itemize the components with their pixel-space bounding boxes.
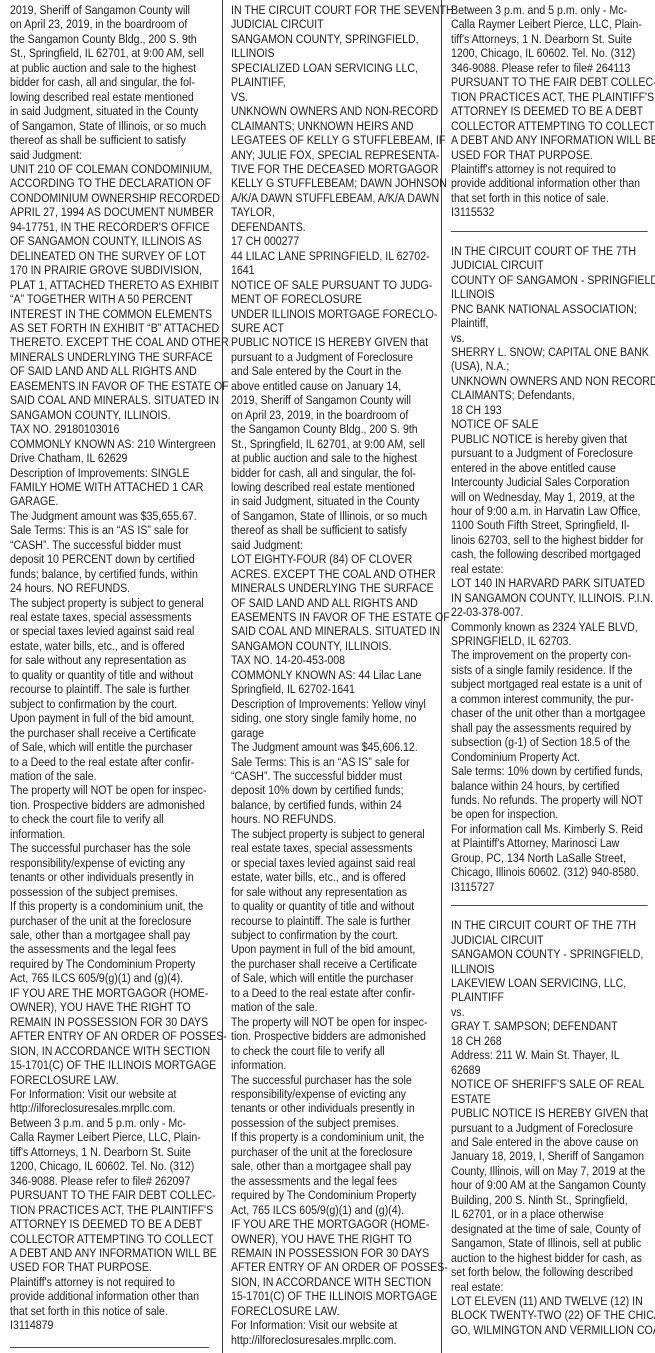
notice-text-line: LOT ELEVEN (11) AND TWELVE (12) IN	[451, 1294, 649, 1308]
notice-text-line: Plaintiff's attorney is not required to	[451, 162, 649, 176]
notice-text-line: BLOCK TWENTY-TWO (22) OF THE CHICA-	[451, 1308, 649, 1322]
notice-text-line: purchaser of the unit at the foreclosure	[10, 914, 208, 928]
notice-text-line: purchaser of the unit at the foreclosure	[231, 1145, 429, 1159]
notice-text-line: be open for inspection.	[451, 807, 649, 821]
notice-text-line: in said Judgment, situated in the County	[231, 494, 429, 508]
notice-text-line: CLAIMANTS; Defendants,	[451, 388, 649, 402]
notice-text-line: vs.	[451, 1005, 649, 1019]
notice-text-line: 22-03-378-007.	[451, 605, 649, 619]
notice-text-line: Upon payment in full of the bid amount,	[231, 942, 429, 956]
notice-text-line: USED FOR THAT PURPOSE.	[10, 1260, 208, 1274]
notice-text-line: TAYLOR,	[231, 205, 429, 219]
notice-text-line: deposit 10% down by certified funds;	[231, 783, 429, 797]
notice-text-line: January 18, 2019, I, Sheriff of Sangamon	[451, 1149, 649, 1163]
notice-text-line: IF YOU ARE THE MORTGAGOR (HOME-	[10, 986, 208, 1000]
notice-text-line: 346-9088. Please refer to file# 262097	[10, 1174, 208, 1188]
notice-text-line: TION PRACTICES ACT, THE PLAINTIFF'S	[10, 1203, 208, 1217]
notice-text-line: Description of Improvements: SINGLE	[10, 466, 208, 480]
notice-text-line: For Information: Visit our website at	[10, 1087, 208, 1101]
notice-text-line: COMMONLY KNOWN AS: 44 Lilac Lane	[231, 668, 429, 682]
notice-text-line: recourse to plaintiff. The sale is furth…	[231, 914, 429, 928]
notice-text-line: required by The Condominium Property	[10, 957, 208, 971]
notice-text-line: information.	[10, 827, 208, 841]
notice-text-line: required by The Condominium Property	[231, 1188, 429, 1202]
notice-text-line: MINERALS UNDERLYING THE SURFACE	[231, 581, 429, 595]
notice-text-line: CLAIMANTS; UNKNOWN HEIRS AND	[231, 119, 429, 133]
notice-stufflebeam-foreclosure: IN THE CIRCUIT COURT FOR THE SEVENTHJUDI…	[231, 3, 429, 1347]
notice-text-line: 24 hours. NO REFUNDS.	[10, 581, 208, 595]
notice-text-line: sists of a single family residence. If t…	[451, 663, 649, 677]
notice-text-line: SPRINGFIELD, IL 62703.	[451, 634, 649, 648]
notice-text-line: 18 CH 268	[451, 1034, 649, 1048]
notice-text-line: balance, by certified funds, within 24	[231, 798, 429, 812]
notice-text-line: provide additional information other tha…	[451, 176, 649, 190]
notice-text-line: ACRES. EXCEPT THE COAL AND OTHER	[231, 567, 429, 581]
notice-text-line: of Sale, which will entitle the purchase…	[10, 740, 208, 754]
notice-text-line: LEGATEES OF KELLY G STUFFLEBEAM, IF	[231, 133, 429, 147]
notice-text-line: Description of Improvements: Yellow viny…	[231, 697, 429, 711]
notice-text-line: chaser of the unit other than a mortgage…	[451, 706, 649, 720]
notice-text-line: to check the court file to verify all	[10, 812, 208, 826]
notice-text-line: for sale without any representation as	[10, 653, 208, 667]
notice-text-line: lowing described real estate mentioned	[231, 480, 429, 494]
notice-text-line: Drive Chatham, IL 62629	[10, 451, 208, 465]
notice-text-line: NOTICE OF SHERIFF'S SALE OF REAL	[451, 1077, 649, 1091]
notice-text-line: COUNTY OF SANGAMON - SPRINGFIELD,	[451, 273, 649, 287]
notice-text-line: 15-1701(C) OF THE ILLINOIS MORTGAGE	[231, 1289, 429, 1303]
notice-text-line: COLLECTOR ATTEMPTING TO COLLECT	[10, 1232, 208, 1246]
notice-text-line: information.	[231, 1058, 429, 1072]
notice-text-line: GO, WILMINGTON AND VERMILLION COAL	[451, 1323, 649, 1337]
notice-text-line: of Sangamon, State of Illinois, or so mu…	[231, 509, 429, 523]
notice-text-line: TAX NO. 29180103016	[10, 422, 208, 436]
notice-text-line: TIVE FOR THE DECEASED MORTGAGOR	[231, 162, 429, 176]
notice-text-line: to check the court file to verify all	[231, 1044, 429, 1058]
notice-text-line: SANGAMON COUNTY - SPRINGFIELD,	[451, 947, 649, 961]
notice-text-line: tiff's Attorneys, 1 N. Dearborn St. Suit…	[451, 32, 649, 46]
notice-text-line: hours. NO REFUNDS.	[231, 812, 429, 826]
notice-text-line: I3115532	[451, 205, 649, 219]
notice-text-line: For information call Ms. Kimberly S. Rei…	[451, 822, 649, 836]
notice-text-line: bidder for cash, all and singular, the f…	[231, 466, 429, 480]
notice-text-line: IN SANGAMON COUNTY, ILLINOIS. P.I.N.	[451, 591, 649, 605]
notice-text-line: to quality or quantity of title and with…	[231, 899, 429, 913]
notice-text-line: GRAY T. SAMPSON; DEFENDANT	[451, 1019, 649, 1033]
notice-text-line: ILLINOIS	[231, 46, 429, 60]
notice-text-line: subsection (g-1) of Section 18.5 of the	[451, 735, 649, 749]
notice-text-line: REMAIN IN POSSESSION FOR 30 DAYS	[231, 1246, 429, 1260]
notice-text-line: tenants or other individuals presently i…	[10, 870, 208, 884]
notice-text-line: that set forth in this notice of sale.	[451, 191, 649, 205]
notice-text-line: The property will NOT be open for inspec…	[231, 1015, 429, 1029]
notice-text-line: 1200, Chicago, IL 60602. Tel. No. (312)	[451, 46, 649, 60]
notice-text-line: sale, other than a mortgagee shall pay	[231, 1159, 429, 1173]
notice-coleman-condominium-continued: 2019, Sheriff of Sangamon County willon …	[10, 3, 208, 1333]
notice-text-line: real estate taxes, special assessments	[10, 610, 208, 624]
notice-text-line: Act, 765 ILCS 605/9(g)(1) and (g)(4).	[10, 971, 208, 985]
notice-text-line: thereof as shall be sufficient to satisf…	[231, 523, 429, 537]
column-right: Between 3 p.m. and 5 p.m. only - Mc-Call…	[451, 3, 649, 1337]
notice-text-line: JUDICIAL CIRCUIT	[231, 17, 429, 31]
notice-text-line: 170 IN PRAIRIE GROVE SUBDIVISION,	[10, 263, 208, 277]
notice-text-line: SPECIALIZED LOAN SERVICING LLC,	[231, 61, 429, 75]
notice-text-line: The Judgment amount was $35,655.67.	[10, 509, 208, 523]
notice-separator	[451, 905, 648, 906]
notice-text-line: or special taxes levied against said rea…	[10, 624, 208, 638]
notice-text-line: The successful purchaser has the sole	[231, 1073, 429, 1087]
notice-text-line: Sale Terms: This is an “AS IS” sale for	[231, 755, 429, 769]
notice-text-line: bidder for cash, all and singular, the f…	[10, 75, 208, 89]
notice-text-line: funds; balance, by certified funds, with…	[10, 567, 208, 581]
notice-text-line: COLLECTOR ATTEMPTING TO COLLECT	[451, 119, 649, 133]
notice-text-line: IN THE CIRCUIT COURT OF THE 7TH	[451, 244, 649, 258]
notice-text-line: Between 3 p.m. and 5 p.m. only - Mc-	[10, 1116, 208, 1130]
notice-text-line: real estate taxes, special assessments	[231, 841, 429, 855]
notice-text-line: responsibility/expense of evicting any	[231, 1087, 429, 1101]
notice-text-line: http://ilforeclosuresales.mrpllc.com.	[231, 1333, 429, 1347]
notice-text-line: The subject property is subject to gener…	[10, 596, 208, 610]
notice-text-line: If this property is a condominium unit, …	[231, 1130, 429, 1144]
notice-text-line: TAX NO. 14-20-453-008	[231, 653, 429, 667]
notice-text-line: The property will NOT be open for inspec…	[10, 783, 208, 797]
notice-text-line: of Sale, which will entitle the purchase…	[231, 971, 429, 985]
notice-text-line: the assessments and the legal fees	[231, 1174, 429, 1188]
notice-text-line: GARAGE.	[10, 494, 208, 508]
notice-text-line: the purchaser shall receive a Certificat…	[10, 726, 208, 740]
notice-text-line: CONDOMINIUM OWNERSHIP RECORDED	[10, 191, 208, 205]
notice-text-line: ATTORNEY IS DEEMED TO BE A DEBT	[451, 104, 649, 118]
notice-text-line: SAID COAL AND MINERALS. SITUATED IN	[231, 624, 429, 638]
notice-text-line: PURSUANT TO THE FAIR DEBT COLLEC-	[451, 75, 649, 89]
notice-text-line: the assessments and the legal fees	[10, 942, 208, 956]
notice-text-line: PUBLIC NOTICE IS HEREBY GIVEN that	[451, 1106, 649, 1120]
notice-text-line: Condominium Property Act.	[451, 750, 649, 764]
notice-text-line: IN THE CIRCUIT COURT FOR THE SEVENTH	[231, 3, 429, 17]
notice-text-line: the Sangamon County Bldg., 200 S. 9th	[231, 422, 429, 436]
notice-text-line: and Sale entered by the Court in the	[231, 364, 429, 378]
notice-separator	[451, 231, 648, 232]
notice-text-line: linois 62703, sell to the highest bidder…	[451, 533, 649, 547]
notice-text-line: Intercounty Judicial Sales Corporation	[451, 475, 649, 489]
notice-text-line: REMAIN IN POSSESSION FOR 30 DAYS	[10, 1015, 208, 1029]
notice-text-line: sale, other than a mortgagee shall pay	[10, 928, 208, 942]
notice-text-line: tion. Prospective bidders are admonished	[10, 798, 208, 812]
notice-text-line: LOT EIGHTY-FOUR (84) OF CLOVER	[231, 552, 429, 566]
notice-text-line: 1200, Chicago, IL 60602. Tel. No. (312)	[10, 1159, 208, 1173]
notice-text-line: Plaintiff's attorney is not required to	[10, 1275, 208, 1289]
notice-text-line: APRIL 27, 1994 AS DOCUMENT NUMBER	[10, 205, 208, 219]
notice-text-line: 18 CH 193	[451, 403, 649, 417]
notice-text-line: Act, 765 ILCS 605/9(g)(1) and (g)(4).	[231, 1203, 429, 1217]
notice-text-line: in said Judgment, situated in the County	[10, 104, 208, 118]
notice-text-line: to a Deed to the real estate after confi…	[10, 755, 208, 769]
notice-text-line: and Sale entered in the above cause on	[451, 1135, 649, 1149]
notice-text-line: siding, one story single family home, no	[231, 711, 429, 725]
column-left: 2019, Sheriff of Sangamon County willon …	[10, 3, 208, 1333]
notice-text-line: will on Wednesday, May 1, 2019, at the	[451, 490, 649, 504]
notice-separator-left-bottom	[10, 1347, 209, 1348]
notice-text-line: Group, PC, 134 North LaSalle Street,	[451, 851, 649, 865]
notice-text-line: pursuant to a Judgment of Foreclosure	[231, 350, 429, 364]
notice-text-line: THERETO. EXCEPT THE COAL AND OTHER	[10, 335, 208, 349]
notice-text-line: SAID COAL AND MINERALS. SITUATED IN	[10, 393, 208, 407]
notice-text-line: ILLINOIS	[451, 962, 649, 976]
notice-text-line: 62689	[451, 1063, 649, 1077]
notice-text-line: ESTATE	[451, 1092, 649, 1106]
notice-text-line: deposit 10 PERCENT down by certified	[10, 552, 208, 566]
notice-text-line: entered in the above entitled cause	[451, 461, 649, 475]
notice-text-line: EASEMENTS IN FAVOR OF THE ESTATE OF	[10, 379, 208, 393]
notice-text-line: provide additional information other tha…	[10, 1289, 208, 1303]
notice-text-line: Springfield, IL 62702-1641	[231, 682, 429, 696]
notice-text-line: set forth below, the following described	[451, 1265, 649, 1279]
notice-text-line: ANY; JULIE FOX, SPECIAL REPRESENTA-	[231, 148, 429, 162]
notice-text-line: PNC BANK NATIONAL ASSOCIATION;	[451, 302, 649, 316]
notice-text-line: (USA), N.A.;	[451, 359, 649, 373]
notice-text-line: LOT 140 IN HARVARD PARK SITUATED	[451, 576, 649, 590]
notice-text-line: lowing described real estate mentioned	[10, 90, 208, 104]
notice-text-line: estate, water bills, etc., and is offere…	[10, 639, 208, 653]
notice-text-line: SANGAMON COUNTY, ILLINOIS.	[10, 408, 208, 422]
notice-text-line: http://ilforeclosuresales.mrpllc.com.	[10, 1101, 208, 1115]
notice-text-line: A/K/A DAWN STUFFLEBEAM, A/K/A DAWN	[231, 191, 429, 205]
notice-text-line: thereof as shall be sufficient to satisf…	[10, 133, 208, 147]
notice-text-line: St., Springfield, IL 62701, at 9:00 AM, …	[231, 437, 429, 451]
notice-text-line: SANGAMON COUNTY, SPRINGFIELD,	[231, 32, 429, 46]
notice-text-line: at public auction and sale to the highes…	[231, 451, 429, 465]
notice-text-line: on April 23, 2019, in the boardroom of	[10, 17, 208, 31]
notice-text-line: Sale terms: 10% down by certified funds,	[451, 764, 649, 778]
column-middle: IN THE CIRCUIT COURT FOR THE SEVENTHJUDI…	[231, 3, 429, 1347]
notice-text-line: pursuant to a Judgment of Foreclosure	[451, 1121, 649, 1135]
notice-text-line: hour of 9:00 AM at the Sangamon County	[451, 1178, 649, 1192]
notice-text-line: AFTER ENTRY OF AN ORDER OF POSSES-	[10, 1029, 208, 1043]
notice-text-line: said Judgment:	[231, 538, 429, 552]
notice-text-line: UNDER ILLINOIS MORTGAGE FORECLO-	[231, 307, 429, 321]
notice-text-line: IL 62701, or in a place otherwise	[451, 1207, 649, 1221]
notice-text-line: the Sangamon County Bldg., 200 S. 9th	[10, 32, 208, 46]
notice-text-line: JUDICIAL CIRCUIT	[451, 258, 649, 272]
notice-text-line: Upon payment in full of the bid amount,	[10, 711, 208, 725]
notice-text-line: OWNER), YOU HAVE THE RIGHT TO	[231, 1232, 429, 1246]
notice-text-line: 346-9088. Please refer to file# 264113	[451, 61, 649, 75]
notice-text-line: real estate:	[451, 562, 649, 576]
notice-text-line: SURE ACT	[231, 321, 429, 335]
notice-text-line: LAKEVIEW LOAN SERVICING, LLC,	[451, 976, 649, 990]
notice-text-line: The subject property is subject to gener…	[231, 827, 429, 841]
notice-text-line: The improvement on the property con-	[451, 648, 649, 662]
notice-text-line: at public auction and sale to the highes…	[10, 61, 208, 75]
notice-text-line: PLAINTIFF,	[231, 75, 429, 89]
notice-text-line: pursuant to a Judgment of Foreclosure	[451, 446, 649, 460]
notice-text-line: PUBLIC NOTICE is hereby given that	[451, 432, 649, 446]
notice-text-line: 44 LILAC LANE SPRINGFIELD, IL 62702-	[231, 249, 429, 263]
notice-text-line: MENT OF FORECLOSURE	[231, 292, 429, 306]
notice-text-line: EASEMENTS IN FAVOR OF THE ESTATE OF	[231, 610, 429, 624]
notice-text-line: VS.	[231, 90, 429, 104]
notice-text-line: or special taxes levied against said rea…	[231, 856, 429, 870]
notice-text-line: COMMONLY KNOWN AS: 210 Wintergreen	[10, 437, 208, 451]
notice-text-line: possession of the subject premises.	[10, 885, 208, 899]
notice-text-line: PUBLIC NOTICE IS HEREBY GIVEN that	[231, 335, 429, 349]
notice-text-line: If this property is a condominium unit, …	[10, 899, 208, 913]
notice-text-line: TION PRACTICES ACT, THE PLAINTIFF'S	[451, 90, 649, 104]
notice-text-line: INTEREST IN THE COMMON ELEMENTS	[10, 307, 208, 321]
notice-sampson-sheriff-sale: IN THE CIRCUIT COURT OF THE 7THJUDICIAL …	[451, 918, 649, 1337]
notice-text-line: a common interest community, the pur-	[451, 692, 649, 706]
notice-text-line: AFTER ENTRY OF AN ORDER OF POSSES-	[231, 1260, 429, 1274]
notice-text-line: OF SANGAMON COUNTY, ILLINOIS AS	[10, 234, 208, 248]
notice-text-line: “CASH”. The successful bidder must	[231, 769, 429, 783]
notice-text-line: cash, the following described mortgaged	[451, 547, 649, 561]
notice-text-line: 2019, Sheriff of Sangamon County will	[231, 393, 429, 407]
notice-snow-foreclosure: IN THE CIRCUIT COURT OF THE 7THJUDICIAL …	[451, 244, 649, 894]
notice-text-line: funds. No refunds. The property will NOT	[451, 793, 649, 807]
notice-text-line: Calla Raymer Leibert Pierce, LLC, Plain-	[451, 17, 649, 31]
notice-text-line: USED FOR THAT PURPOSE.	[451, 148, 649, 162]
legal-notices-page: 2019, Sheriff of Sangamon County willon …	[0, 0, 655, 1353]
notice-text-line: for sale without any representation as	[231, 885, 429, 899]
notice-text-line: NOTICE OF SALE	[451, 417, 649, 431]
notice-text-line: estate, water bills, etc., and is offere…	[231, 870, 429, 884]
notice-text-line: County, Illinois, will on May 7, 2019 at…	[451, 1164, 649, 1178]
notice-text-line: PLAINTIFF	[451, 990, 649, 1004]
notice-text-line: FORECLOSURE LAW.	[231, 1304, 429, 1318]
notice-text-line: I3114879	[10, 1318, 208, 1332]
notice-text-line: A DEBT AND ANY INFORMATION WILL BE	[10, 1246, 208, 1260]
notice-text-line: garage	[231, 726, 429, 740]
notice-text-line: real estate:	[451, 1280, 649, 1294]
notice-text-line: ILLINOIS	[451, 287, 649, 301]
notice-text-line: OWNER), YOU HAVE THE RIGHT TO	[10, 1000, 208, 1014]
notice-text-line: that set forth in this notice of sale.	[10, 1304, 208, 1318]
notice-text-line: of Sangamon, State of Illinois, or so mu…	[10, 119, 208, 133]
notice-text-line: SION, IN ACCORDANCE WITH SECTION	[231, 1275, 429, 1289]
notice-text-line: NOTICE OF SALE PURSUANT TO JUDG-	[231, 278, 429, 292]
notice-text-line: ACCORDING TO THE DECLARATION OF	[10, 176, 208, 190]
notice-text-line: responsibility/expense of evicting any	[10, 856, 208, 870]
notice-text-line: Chicago, Illinois 60602. (312) 940-8580.	[451, 865, 649, 879]
notice-text-line: Address: 211 W. Main St. Thayer, IL	[451, 1048, 649, 1062]
notice-text-line: AS SET FORTH IN EXHIBIT “B” ATTACHED	[10, 321, 208, 335]
notice-text-line: Sale Terms: This is an “AS IS” sale for	[10, 523, 208, 537]
notice-text-line: vs.	[451, 331, 649, 345]
notice-text-line: tion. Prospective bidders are admonished	[231, 1029, 429, 1043]
notice-text-line: to a Deed to the real estate after confi…	[231, 986, 429, 1000]
notice-text-line: Commonly known as 2324 YALE BLVD,	[451, 620, 649, 634]
notice-text-line: subject mortgaged real estate is a unit …	[451, 677, 649, 691]
notice-text-line: 94-17751, IN THE RECORDER'S OFFICE	[10, 220, 208, 234]
notice-text-line: on April 23, 2019, in the boardroom of	[231, 408, 429, 422]
notice-text-line: St., Springfield, IL 62701, at 9:00 AM, …	[10, 46, 208, 60]
notice-text-line: IF YOU ARE THE MORTGAGOR (HOME-	[231, 1217, 429, 1231]
column-divider-2	[441, 0, 442, 1353]
notice-text-line: KELLY G STUFFLEBEAM; DAWN JOHNSON	[231, 176, 429, 190]
notice-text-line: SION, IN ACCORDANCE WITH SECTION	[10, 1044, 208, 1058]
notice-text-line: The Judgment amount was $45,606.12.	[231, 740, 429, 754]
notice-text-line: 15-1701(C) OF THE ILLINOIS MORTGAGE	[10, 1058, 208, 1072]
notice-text-line: I3115727	[451, 880, 649, 894]
notice-text-line: SHERRY L. SNOW; CAPITAL ONE BANK	[451, 345, 649, 359]
notice-text-line: MINERALS UNDERLYING THE SURFACE	[10, 350, 208, 364]
notice-text-line: “CASH”. The successful bidder must	[10, 538, 208, 552]
notice-text-line: SANGAMON COUNTY, ILLINOIS.	[231, 639, 429, 653]
notice-text-line: shall pay the assessments required by	[451, 721, 649, 735]
notice-text-line: said Judgment:	[10, 148, 208, 162]
notice-text-line: UNKNOWN OWNERS AND NON RECORD	[451, 374, 649, 388]
notice-text-line: subject to confirmation by the court.	[231, 928, 429, 942]
notice-text-line: For Information: Visit our website at	[231, 1318, 429, 1332]
notice-text-line: FAMILY HOME WITH ATTACHED 1 CAR	[10, 480, 208, 494]
notice-text-line: recourse to plaintiff. The sale is furth…	[10, 682, 208, 696]
notice-text-line: 17 CH 000277	[231, 234, 429, 248]
notice-text-line: 1100 South Fifth Street, Springfield, Il…	[451, 518, 649, 532]
notice-text-line: UNIT 210 OF COLEMAN CONDOMINIUM,	[10, 162, 208, 176]
notice-text-line: at Plaintiff's Attorney, Marinosci Law	[451, 836, 649, 850]
notice-text-line: mation of the sale.	[231, 1000, 429, 1014]
notice-text-line: UNKNOWN OWNERS AND NON-RECORD	[231, 104, 429, 118]
notice-text-line: OF SAID LAND AND ALL RIGHTS AND	[231, 596, 429, 610]
notice-text-line: to quality or quantity of title and with…	[10, 668, 208, 682]
notice-lilac-lane-continued: Between 3 p.m. and 5 p.m. only - Mc-Call…	[451, 3, 649, 220]
notice-text-line: Calla Raymer Leibert Pierce, LLC, Plain-	[10, 1130, 208, 1144]
notice-text-line: auction to the highest bidder for cash, …	[451, 1251, 649, 1265]
notice-text-line: FORECLOSURE LAW.	[10, 1073, 208, 1087]
notice-text-line: JUDICIAL CIRCUIT	[451, 933, 649, 947]
notice-text-line: IN THE CIRCUIT COURT OF THE 7TH	[451, 918, 649, 932]
notice-text-line: 2019, Sheriff of Sangamon County will	[10, 3, 208, 17]
notice-text-line: “A” TOGETHER WITH A 50 PERCENT	[10, 292, 208, 306]
notice-text-line: Building, 200 S. Ninth St., Springfield,	[451, 1193, 649, 1207]
notice-text-line: subject to confirmation by the court.	[10, 697, 208, 711]
notice-text-line: designated at the time of sale, County o…	[451, 1222, 649, 1236]
notice-text-line: the purchaser shall receive a Certificat…	[231, 957, 429, 971]
notice-text-line: OF SAID LAND AND ALL RIGHTS AND	[10, 364, 208, 378]
notice-text-line: mation of the sale.	[10, 769, 208, 783]
notice-text-line: possession of the subject premises.	[231, 1116, 429, 1130]
notice-text-line: Plaintiff,	[451, 316, 649, 330]
notice-text-line: A DEBT AND ANY INFORMATION WILL BE	[451, 133, 649, 147]
notice-text-line: tiff's Attorneys, 1 N. Dearborn St. Suit…	[10, 1145, 208, 1159]
notice-text-line: Sangamon, State of Illinois, sell at pub…	[451, 1236, 649, 1250]
notice-text-line: DEFENDANTS.	[231, 220, 429, 234]
column-divider-1	[222, 0, 223, 1353]
notice-text-line: hour of 9:00 a.m. in Harvatin Law Office…	[451, 504, 649, 518]
notice-text-line: tenants or other individuals presently i…	[231, 1101, 429, 1115]
notice-text-line: PLAT 1, ATTACHED THERETO AS EXHIBIT	[10, 278, 208, 292]
notice-text-line: balance within 24 hours, by certified	[451, 779, 649, 793]
notice-text-line: DELINEATED ON THE SURVEY OF LOT	[10, 249, 208, 263]
notice-text-line: 1641	[231, 263, 429, 277]
notice-text-line: above entitled cause on January 14,	[231, 379, 429, 393]
notice-text-line: The successful purchaser has the sole	[10, 841, 208, 855]
notice-text-line: PURSUANT TO THE FAIR DEBT COLLEC-	[10, 1188, 208, 1202]
notice-text-line: Between 3 p.m. and 5 p.m. only - Mc-	[451, 3, 649, 17]
notice-text-line: ATTORNEY IS DEEMED TO BE A DEBT	[10, 1217, 208, 1231]
